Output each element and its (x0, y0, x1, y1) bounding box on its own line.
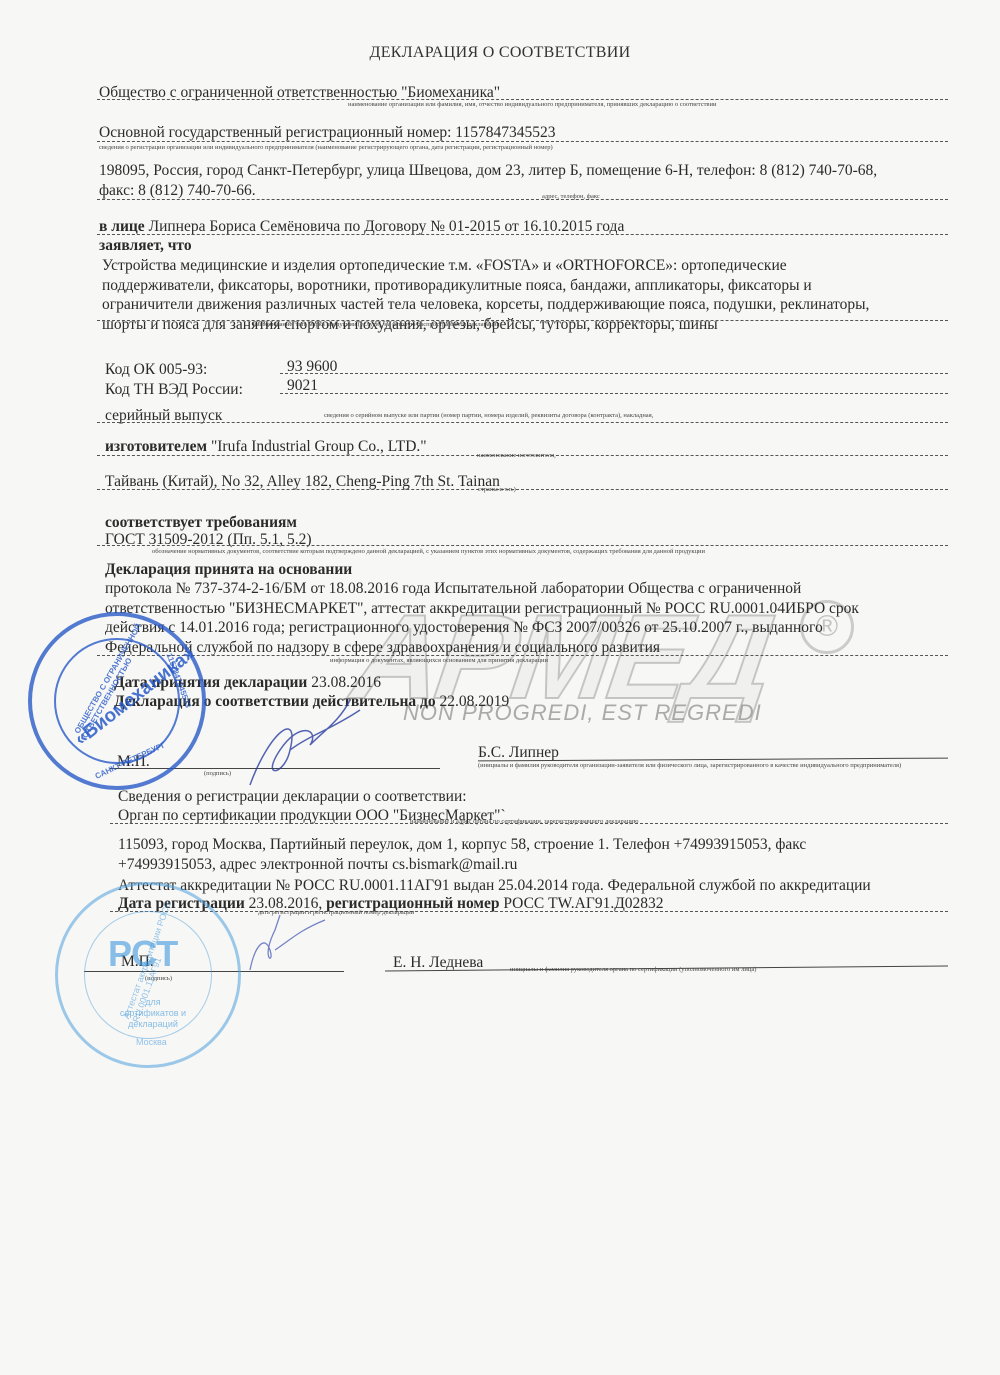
basis-line: действия с 14.01.2016 года; регистрацион… (105, 618, 925, 638)
divider (280, 373, 948, 374)
signature-caption: (подпись) (204, 770, 231, 778)
basis-text: протокола № 737-374-2-16/БМ от 18.08.201… (105, 579, 925, 657)
stamp-city: Москва (136, 1037, 167, 1047)
manufacturer-name: "Irufa Industrial Group Co., LTD." (211, 438, 427, 455)
ogrn-caption: сведения о регистрации организации или и… (99, 144, 553, 152)
divider (280, 393, 948, 394)
divider (97, 234, 948, 235)
product-line: Устройства медицинские и изделия ортопед… (102, 256, 922, 276)
manufacturer-caption: наименование изготовителя, (477, 452, 556, 460)
product-line: ограничители движения различных частей т… (102, 295, 922, 315)
certification-signer-caption: инициалы и фамилия руководителя органа п… (510, 966, 756, 974)
applicant-signer-caption: (инициалы и фамилия руководителя организ… (478, 762, 901, 770)
ok-code-value: 93 9600 (287, 357, 337, 377)
compliance-label-text: соответствует требованиям (105, 514, 297, 531)
declaration-page: АРМЕД ® NON PROGREDI, EST REGREDI ДЕКЛАР… (0, 0, 1000, 1375)
certification-address-line1: 115093, город Москва, Партийный переулок… (118, 835, 806, 855)
divider (97, 141, 948, 142)
applicant-address-line2: факс: 8 (812) 740-70-66. (99, 181, 256, 201)
serial-caption: сведения о серийном выпуске или партии (… (324, 412, 653, 420)
registration-header: Сведения о регистрации декларации о соот… (118, 787, 467, 807)
divider (97, 489, 948, 490)
divider (97, 655, 948, 656)
divider (110, 911, 948, 912)
serial-value: серийный выпуск (105, 406, 222, 426)
manufacturer-label: изготовителем (105, 438, 207, 455)
ok-code-label: Код ОК 005-93: (105, 360, 207, 380)
product-line: шорты и пояса для занятия спортом и поху… (102, 315, 922, 335)
product-description: Устройства медицинские и изделия ортопед… (102, 256, 922, 334)
valid-until-value: 22.08.2019 (440, 693, 510, 710)
divider (97, 320, 948, 321)
product-line: поддерживатели, фиксаторы, воротники, пр… (102, 276, 922, 296)
represented-value: Липнера Бориса Семёновича по Договору № … (149, 218, 625, 235)
basis-label: Декларация принята на основании (105, 560, 352, 580)
manufacturer-address-caption: страны и т.п.) (478, 486, 516, 494)
registration-number-value: РОСС TW.АГ91.Д02832 (503, 895, 663, 912)
accreditation: Аттестат аккредитации № РОСС RU.0001.11А… (118, 876, 871, 896)
basis-caption: информация о документах, являющихся осно… (330, 657, 548, 665)
divider (97, 99, 948, 100)
represented-label: в лице (99, 218, 145, 235)
divider (97, 199, 948, 200)
company-stamp: «Биомеханика» ОБЩЕСТВО С ОГРАНИЧЕННОЙ ОТ… (28, 612, 206, 790)
basis-line: протокола № 737-374-2-16/БМ от 18.08.201… (105, 579, 925, 599)
tnved-code-label: Код ТН ВЭД России: (105, 380, 243, 400)
signature-scribble-icon (230, 690, 370, 790)
ogrn: Основной государственный регистрационный… (99, 123, 555, 143)
divider (97, 422, 948, 423)
product-caption: наименование, тип, марка продукции (услу… (253, 321, 501, 329)
compliance-caption: обозначение нормативных документов, соот… (152, 548, 705, 556)
declares-label-text: заявляет, что (99, 237, 192, 254)
declares-label: заявляет, что (99, 236, 192, 256)
basis-label-text: Декларация принята на основании (105, 561, 352, 578)
accepted-date-value: 23.08.2016 (311, 674, 381, 691)
compliance-standard: ГОСТ 31509-2012 (Пп. 5.1, 5.2) (105, 530, 312, 550)
certification-stamp: РСТ для сертификатов и деклараций Аттест… (55, 882, 241, 1068)
basis-line: ответственностью "БИЗНЕСМАРКЕТ", аттеста… (105, 599, 925, 619)
address-caption: адрес, телефон, факс (542, 193, 600, 201)
manufacturer: изготовителем "Irufa Industrial Group Co… (105, 437, 427, 457)
applicant-name: Общество с ограниченной ответственностью… (99, 83, 500, 103)
signature-scribble-icon (240, 905, 330, 975)
divider (97, 545, 948, 546)
applicant-name-caption: наименование организации или фамилия, им… (348, 101, 716, 109)
document-title: ДЕКЛАРАЦИЯ О СООТВЕТСТВИИ (0, 44, 1000, 62)
applicant-address-line1: 198095, Россия, город Санкт-Петербург, у… (99, 161, 877, 181)
certification-body-caption: наименование и адрес органа по сертифика… (410, 818, 638, 826)
